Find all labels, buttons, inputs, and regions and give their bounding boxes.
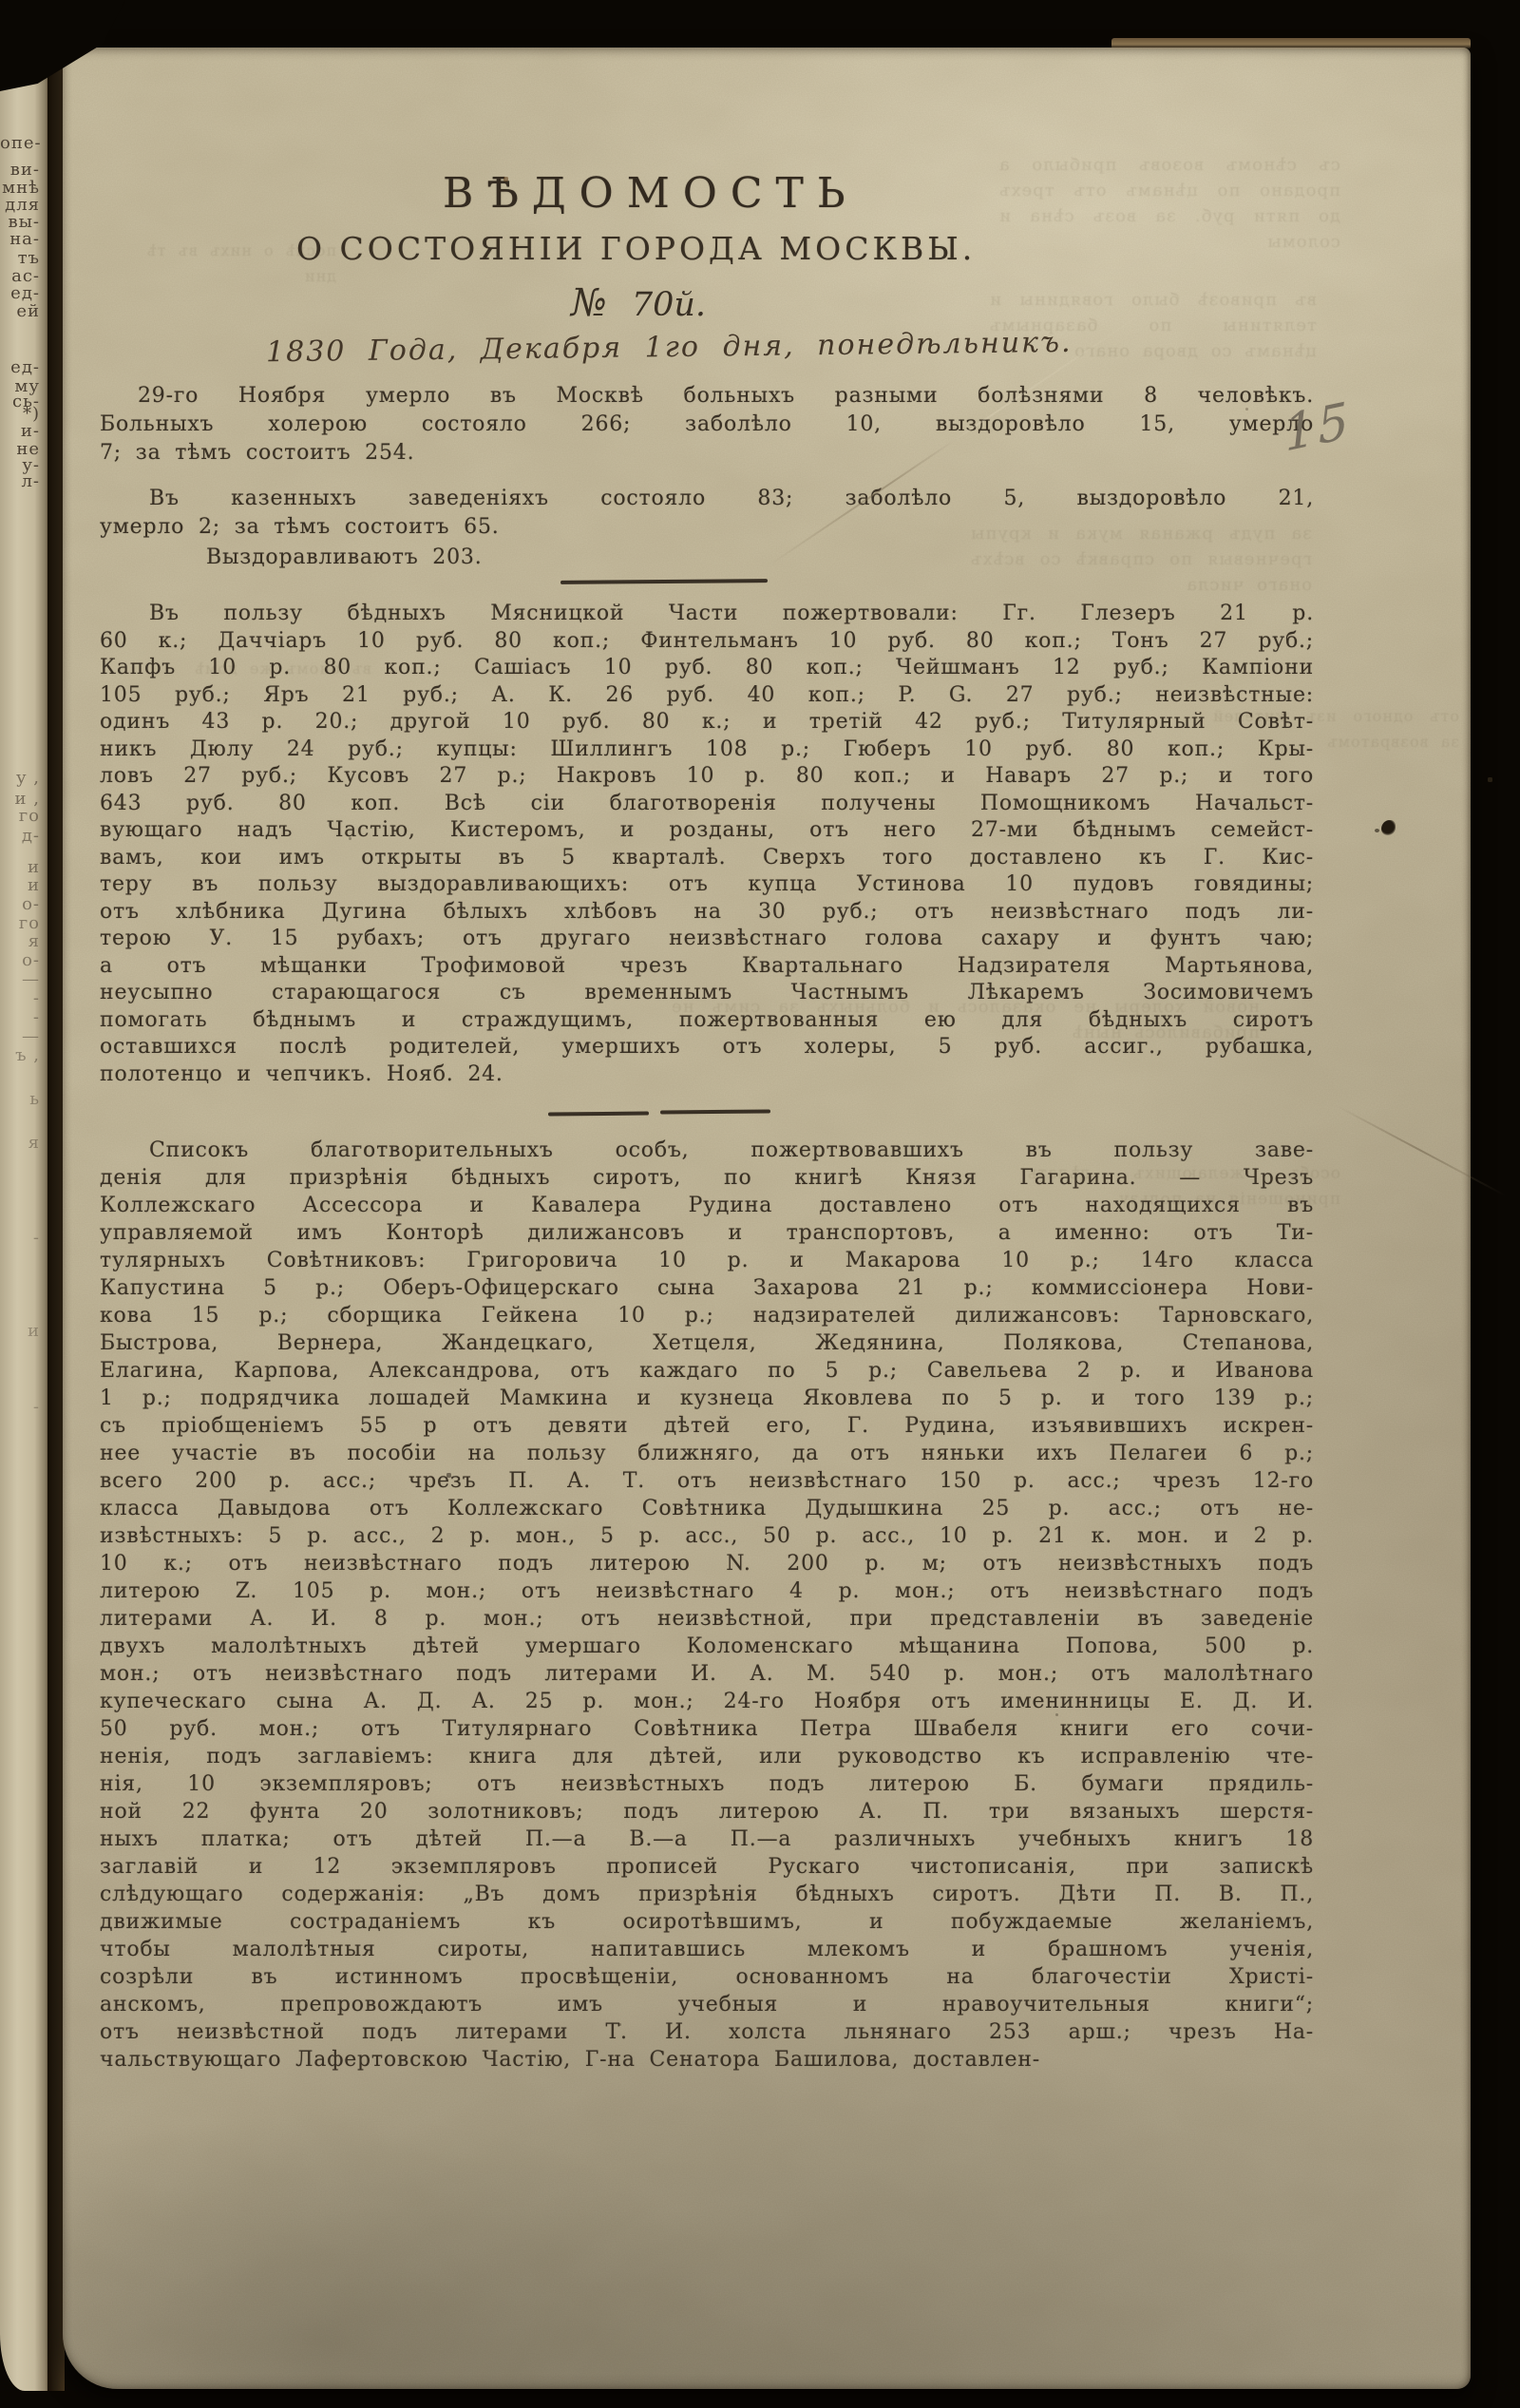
cutoff-text-fragment: и [0,875,40,895]
text-line: 60 к.; Даччіаръ 10 руб. 80 коп.; Финтель… [100,628,1314,656]
text-line: Капустина 5 р.; Оберъ-Офицерскаго сына З… [100,1274,1314,1302]
text-line: а отъ мѣщанки Трофимовой чрезъ Квартальн… [100,953,1314,981]
gazette-subtitle: О СОСТОЯНІИ ГОРОДА МОСКВЫ. [296,230,883,267]
text-line: чальствующаго Лафертовскою Частію, Г-на … [100,2046,1314,2074]
text-line: Быстрова, Вернера, Жандецкаго, Хетцеля, … [100,1329,1314,1357]
text-line: одинъ 43 р. 20.; другой 10 руб. 80 к.; и… [100,709,1314,736]
cutoff-text-fragment: л- [0,471,40,491]
text-line: Больныхъ холерою состояло 266; заболѣло … [100,411,1314,439]
text-line: отъ хлѣбника Дугина бѣлыхъ хлѣбовъ на 30… [100,899,1314,927]
text-line: слѣдующаго содержанія: „Въ домъ призрѣні… [100,1881,1314,1908]
cutoff-text-fragment: - [0,1007,40,1027]
cutoff-text-fragment: го [0,913,40,933]
text-line: ловъ 27 руб.; Кусовъ 27 р.; Накровъ 10 р… [100,763,1314,791]
book-scan: опе-ви-мнѣдлявы-на-тъас-ед-ейед-мусь-*)и… [0,0,1520,2408]
cutoff-text-fragment: ви- [0,160,40,180]
text-line: полотенцо и чепчикъ. Нояб. 24. [100,1061,1314,1089]
text-line: созрѣли въ истинномъ просвѣщеніи, основа… [100,1963,1314,1991]
text-line: нія, 10 экземпляровъ; отъ неизвѣстныхъ п… [100,1770,1314,1798]
paragraph-state-institutions: Въ казенныхъ заведеніяхъ состояло 83; за… [100,485,1314,542]
text-line: отъ неизвѣстной подъ литерами Т. И. холс… [100,2018,1314,2046]
paragraph-orphan-donations: Списокъ благотворительныхъ особъ, пожерт… [100,1137,1314,2074]
text-line: неусыпно старающагося съ временнымъ Част… [100,980,1314,1007]
numero-icon: № [571,281,607,325]
cutoff-text-fragment: д- [0,826,40,846]
cutoff-text-fragment: опе- [0,133,40,153]
cutoff-text-fragment: ед- [0,283,40,303]
cutoff-text-fragment: тъ [0,248,40,268]
paragraph-recovering-count: Выздоравливаютъ 203. [100,544,1314,572]
cutoff-text-fragment: у , [0,768,40,788]
cutoff-text-fragment: ей [0,301,40,321]
ink-blot [1381,820,1396,835]
paragraph-donations-myasnitskaya: Въ пользу бѣдныхъ Мясницкой Части пожерт… [100,601,1314,1088]
text-line: Елагина, Карпова, Александрова, отъ кажд… [100,1357,1314,1385]
cutoff-text-fragment: — [0,1026,40,1046]
cutoff-text-fragment: и [0,1321,40,1341]
dateline: 1830 Года, Декабря 1го дня, понедѣльникъ… [266,326,1083,370]
text-line: денія для призрѣнія бѣдныхъ сиротъ, по к… [100,1164,1314,1192]
cutoff-text-fragment: ь [0,1089,40,1109]
text-line: 643 руб. 80 коп. Всѣ сіи благотворенія п… [100,791,1314,818]
text-line: кова 15 р.; сборщика Гейкена 10 р.; надз… [100,1302,1314,1329]
cutoff-text-fragment: ъ , [0,1045,40,1065]
cutoff-text-fragment: го [0,806,40,826]
text-line: 105 руб.; Яръ 21 руб.; А. К. 26 руб. 40 … [100,682,1314,710]
text-line: литерами А. И. 8 р. мон.; отъ неизвѣстно… [100,1605,1314,1633]
text-line: всего 200 р. асс.; чрезъ П. А. Т. отъ не… [100,1467,1314,1495]
cutoff-text-fragment: - [0,988,40,1008]
text-line: оставшихся послѣ родителей, умершихъ отъ… [100,1034,1314,1061]
section-divider [560,579,768,584]
gazette-title: ВѢДОМОСТЬ [443,169,842,218]
text-line: извѣстныхъ: 5 р. асс., 2 р. мон., 5 р. а… [100,1522,1314,1550]
text-line: 1 р.; подрядчика лошадей Мамкина и кузне… [100,1385,1314,1412]
section-divider-segment [660,1109,770,1114]
cutoff-text-fragment: — [0,969,40,989]
text-line: управляемой имъ Конторѣ дилижансовъ и тр… [100,1219,1314,1247]
text-line: умерло 2; за тѣмъ состоитъ 65. [100,513,1314,542]
text-line: Въ казенныхъ заведеніяхъ состояло 83; за… [100,485,1314,513]
cutoff-text-fragment: и [0,857,40,877]
text-line: Списокъ благотворительныхъ особъ, пожерт… [100,1137,1314,1164]
text-line: Коллежскаго Ассессора и Кавалера Рудина … [100,1192,1314,1219]
paragraph-mortality-report: 29-го Ноября умерло въ Москвѣ больныхъ р… [100,382,1314,468]
text-line: помогать бѣднымъ и страждущимъ, пожертво… [100,1007,1314,1035]
text-line: мон.; отъ неизвѣстнаго подъ литерами И. … [100,1660,1314,1688]
text-line: съ пріобщеніемъ 55 р отъ девяти дѣтей ег… [100,1412,1314,1440]
text-line: теру въ пользу выздоравливающихъ: отъ ку… [100,871,1314,899]
cutoff-text-fragment: и- [0,421,40,441]
text-line: анскомъ, препровождаютъ имъ учебныя и нр… [100,1991,1314,2018]
text-line: ныхъ платка; отъ дѣтей П.—а В.—а П.—а ра… [100,1825,1314,1853]
text-line: вамъ, кои имъ открыты въ 5 кварталѣ. Све… [100,845,1314,872]
issue-number: №70й. [543,281,733,325]
cutoff-text-fragment: я [0,1133,40,1153]
text-line: никъ Дюлу 24 руб.; купцы: Шиллингъ 108 р… [100,736,1314,764]
text-line: движимые состраданіемъ къ осиротѣвшимъ, … [100,1908,1314,1936]
page-content: ВѢДОМОСТЬ О СОСТОЯНІИ ГОРОДА МОСКВЫ. №70… [63,48,1471,2389]
text-line: 7; за тѣмъ состоитъ 254. [100,439,1314,468]
text-line: двухъ малолѣтныхъ дѣтей умершаго Коломен… [100,1633,1314,1660]
cutoff-text-fragment: - [0,1228,40,1248]
text-line: купеческаго сына А. Д. А. 25 р. мон.; 24… [100,1688,1314,1715]
text-line: литерою Z. 105 р. мон.; отъ неизвѣстнаго… [100,1577,1314,1605]
text-line: 10 к.; отъ неизвѣстнаго подъ литерою N. … [100,1550,1314,1577]
text-line: 50 руб. мон.; отъ Титулярнаго Совѣтника … [100,1715,1314,1743]
cutoff-text-fragment: о- [0,950,40,970]
text-line: чтобы малолѣтныя сироты, напитавшись мле… [100,1936,1314,1963]
text-line: заглавій и 12 экземпляровъ прописей Руск… [100,1853,1314,1881]
issue-value: 70й. [632,286,706,324]
text-line: 29-го Ноября умерло въ Москвѣ больныхъ р… [100,382,1314,411]
text-line: тулярныхъ Совѣтниковъ: Григоровича 10 р.… [100,1247,1314,1274]
cutoff-text-fragment: на- [0,229,40,249]
text-line: вующаго надъ Частію, Кистеромъ, и роздан… [100,817,1314,845]
section-divider-segment [548,1112,649,1117]
cutoff-text-fragment: я [0,931,40,951]
cutoff-text-fragment: ед- [0,357,40,377]
text-line: терою У. 15 рубахъ; отъ другаго неизвѣст… [100,926,1314,953]
text-line: ной 22 фунта 20 золотниковъ; подъ литеро… [100,1798,1314,1825]
text-line: Выздоравливаютъ 203. [100,544,1314,572]
text-line: нее участіе въ пособіи на пользу ближняг… [100,1440,1314,1467]
cutoff-text-fragment: - [0,1397,40,1417]
text-line: ненія, подъ заглавіемъ: книга для дѣтей,… [100,1743,1314,1770]
paper-crease [1337,1105,1506,1196]
gutter-fragments: опе-ви-мнѣдлявы-на-тъас-ед-ейед-мусь-*)и… [0,0,45,2408]
cutoff-text-fragment: о- [0,894,40,914]
text-line: Капфъ 10 р. 80 коп.; Сашіасъ 10 руб. 80 … [100,655,1314,682]
text-line: класса Давыдова отъ Коллежскаго Совѣтник… [100,1495,1314,1522]
text-line: Въ пользу бѣдныхъ Мясницкой Части пожерт… [100,601,1314,628]
